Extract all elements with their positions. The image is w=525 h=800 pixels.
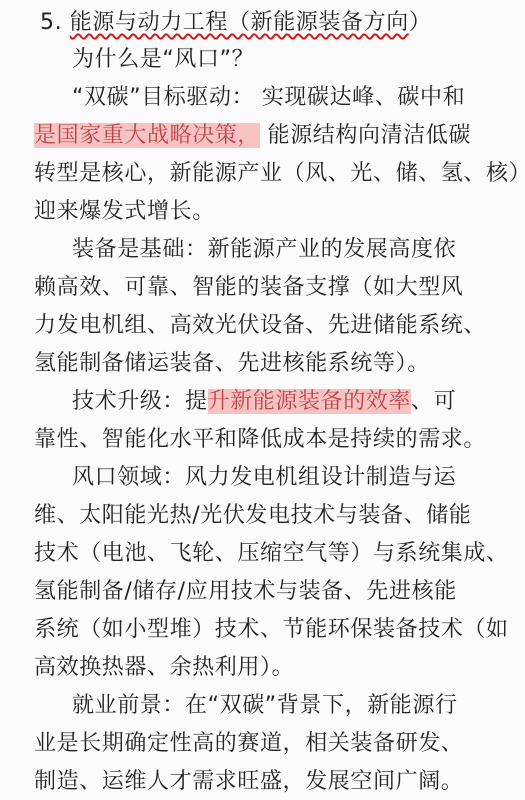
p5-line1: 就业前景：在“双碳”背景下，新能源行 (72, 691, 525, 721)
section-title-close: ） (409, 10, 432, 35)
question-heading: 为什么是“风口”？ (72, 45, 525, 75)
section-title: 能源与动力工程（新能源装备方向 (70, 10, 409, 35)
p2-line4: 氢能制备储运装备、先进核能系统等）。 (34, 349, 525, 379)
p5-line3: 制造、运维人才需求旺盛，发展空间广阔。 (34, 767, 525, 797)
p3-line1: 技术升级：提升新能源装备的效率、可 (72, 387, 525, 417)
p1-line2: 是国家重大战略决策， 能源结构向清洁低碳 (34, 121, 525, 151)
p2-line3: 力发电机组、高效光伏设备、先进储能系统、 (34, 311, 525, 341)
p2-line1: 装备是基础：新能源产业的发展高度依 (72, 235, 525, 265)
p3-line1-rest: 、可 (411, 389, 456, 414)
p4-line1: 风口领域：风力发电机组设计制造与运 (72, 463, 525, 493)
p4-line2: 维、太阳能光热/光伏发电技术与装备、储能 (34, 501, 525, 531)
document-page: 5. 能源与动力工程（新能源装备方向） 为什么是“风口”？ “双碳”目标驱动： … (0, 0, 525, 800)
p4-line3: 技术（电池、飞轮、压缩空气等）与系统集成、 (34, 539, 525, 569)
p4-line5: 系统（如小型堆）技术、节能环保装备技术（如 (34, 615, 525, 645)
p2-line2: 赖高效、可靠、智能的装备支撑（如大型风 (34, 273, 525, 303)
p4-line6: 高效换热器、余热利用）。 (34, 653, 525, 683)
p1-line4: 迎来爆发式增长。 (34, 197, 525, 227)
section-number: 5. (40, 10, 62, 35)
p1-line3: 转型是核心，新能源产业（风、光、储、氢、核） (34, 159, 525, 189)
highlight-efficiency: 升新能源装备的效率 (208, 389, 411, 414)
p1-line2-rest: 能源结构向清洁低碳 (260, 123, 471, 148)
p3-line2: 靠性、智能化水平和降低成本是持续的需求。 (34, 425, 525, 455)
p3-line1-pre: 技术升级：提 (72, 389, 208, 414)
section-heading: 5. 能源与动力工程（新能源装备方向） (40, 8, 525, 38)
p5-line2: 业是长期确定性高的赛道，相关装备研发、 (34, 729, 525, 759)
p1-line1: “双碳”目标驱动： 实现碳达峰、碳中和 (72, 83, 525, 113)
p4-line4: 氢能制备/储存/应用技术与装备、先进核能 (34, 577, 525, 607)
highlight-national-strategy: 是国家重大战略决策， (34, 123, 260, 148)
